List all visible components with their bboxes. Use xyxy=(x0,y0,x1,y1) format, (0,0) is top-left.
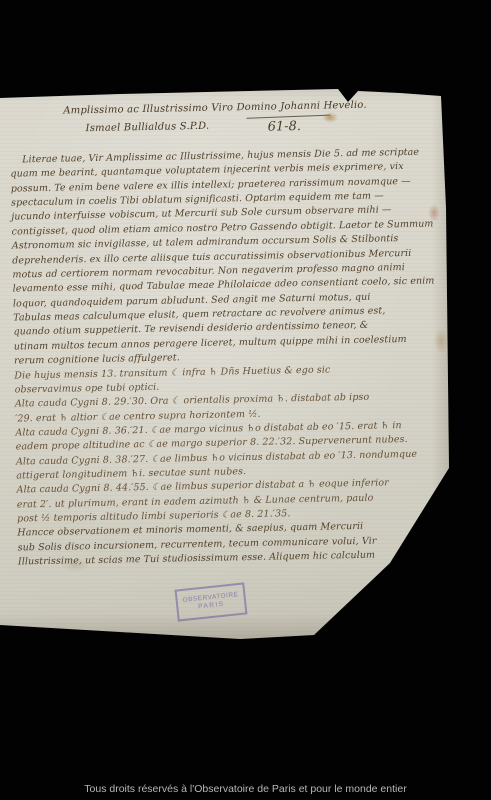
stamp-text-line2: PARIS xyxy=(198,601,225,612)
scanned-document-view: Amplissimo ac Illustrissimo Viro Domino … xyxy=(0,0,491,800)
manuscript-line: erat 2′. ut plurimum, erant in eadem azi… xyxy=(17,493,374,511)
copyright-caption: Tous droits réservés à l'Observatoire de… xyxy=(0,783,491,795)
manuscript-line: rerum cognitione lucis affulgeret. xyxy=(14,352,180,366)
heading-underline xyxy=(246,115,330,119)
letter-heading-sender: Ismael Bullialdus S.P.D. xyxy=(86,121,210,134)
manuscript-line: Alta cauda Cygni 8. 38.′27. ☾ae limbus ♄… xyxy=(16,449,417,468)
manuscript-line: Die hujus mensis 13. transitum ☾ infra ♄… xyxy=(14,364,330,381)
manuscript-page: Amplissimo ac Illustrissimo Viro Domino … xyxy=(0,88,450,640)
manuscript-line: ′29. erat ♄ altior ☾ae centro supra hori… xyxy=(15,409,261,425)
manuscript-line: attigerat longitudinem ♄i. secutae sunt … xyxy=(16,466,246,481)
manuscript-line: observavimus ope tubi optici. xyxy=(15,382,160,396)
archival-number: 61-8. xyxy=(267,119,301,135)
manuscript-line: utinam multos tecum annos peragere licer… xyxy=(14,334,407,353)
manuscript-text-block: Amplissimo ac Illustrissimo Viro Domino … xyxy=(0,80,459,641)
